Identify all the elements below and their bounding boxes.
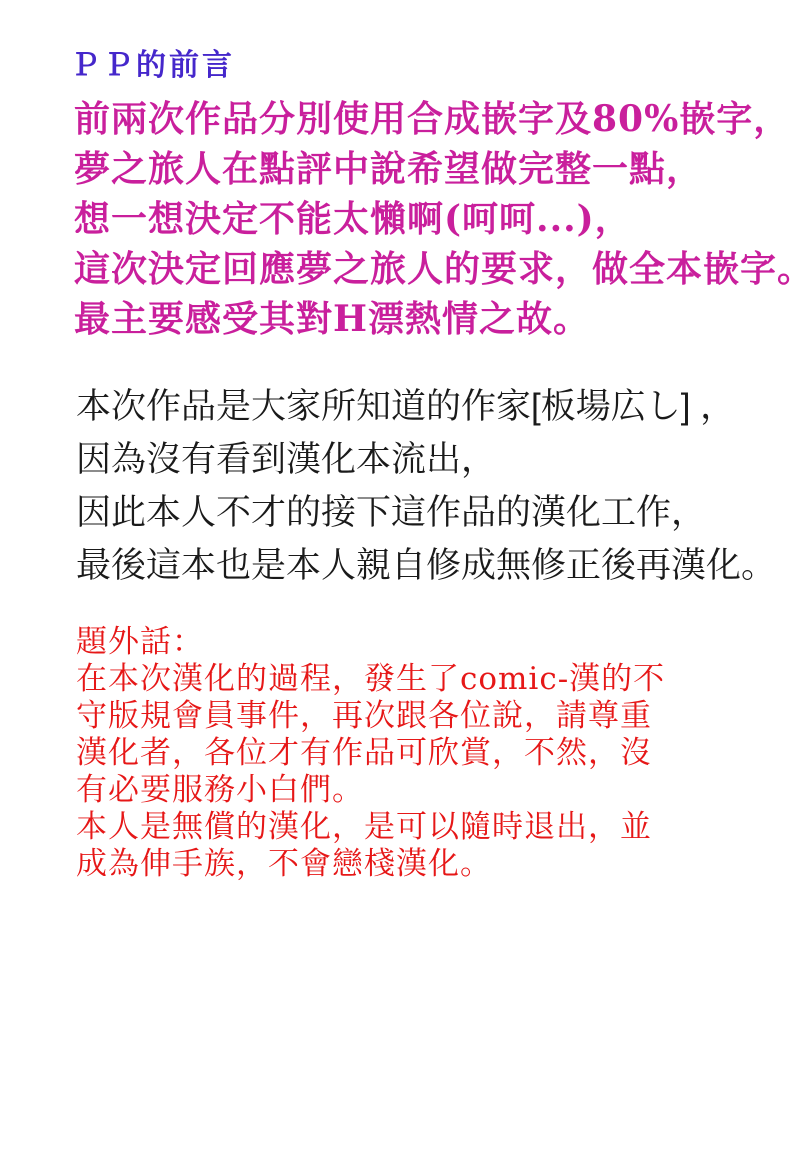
black-line-2: 因為沒有看到漢化本流出， xyxy=(76,433,776,486)
black-line-1: 本次作品是大家所知道的作家[板場広し] ， xyxy=(76,380,776,433)
page-title: ＰＰ的前言 xyxy=(70,40,235,84)
red-line-3: 守版規會員事件，再次跟各位說，請尊重 xyxy=(76,698,665,735)
red-line-7: 成為伸手族，不會戀棧漢化。 xyxy=(76,846,665,883)
magenta-intro-paragraph: 前兩次作品分別使用合成嵌字及80%嵌字， 夢之旅人在點評中說希望做完整一點， 想… xyxy=(74,94,800,344)
black-body-paragraph: 本次作品是大家所知道的作家[板場広し] ， 因為沒有看到漢化本流出， 因此本人不… xyxy=(76,380,776,592)
red-line-4: 漢化者，各位才有作品可欣賞，不然，沒 xyxy=(76,735,665,772)
magenta-line-2: 夢之旅人在點評中說希望做完整一點， xyxy=(74,144,800,194)
red-line-1: 題外話： xyxy=(76,624,665,661)
red-line-6: 本人是無償的漢化，是可以隨時退出，並 xyxy=(76,809,665,846)
magenta-line-5: 最主要感受其對H漂熱情之故。 xyxy=(74,294,800,344)
magenta-line-4: 這次決定回應夢之旅人的要求，做全本嵌字。 xyxy=(74,244,800,294)
red-line-5: 有必要服務小白們。 xyxy=(76,772,665,809)
red-line-2: 在本次漢化的過程，發生了comic-漢的不 xyxy=(76,661,665,698)
red-side-note-paragraph: 題外話： 在本次漢化的過程，發生了comic-漢的不 守版規會員事件，再次跟各位… xyxy=(76,624,665,883)
black-line-4: 最後這本也是本人親自修成無修正後再漢化。 xyxy=(76,539,776,592)
magenta-line-3: 想一想決定不能太懶啊(呵呵...)， xyxy=(74,194,800,244)
preface-page: ＰＰ的前言 前兩次作品分別使用合成嵌字及80%嵌字， 夢之旅人在點評中說希望做完… xyxy=(0,0,800,1164)
black-line-3: 因此本人不才的接下這作品的漢化工作， xyxy=(76,486,776,539)
magenta-line-1: 前兩次作品分別使用合成嵌字及80%嵌字， xyxy=(74,94,800,144)
